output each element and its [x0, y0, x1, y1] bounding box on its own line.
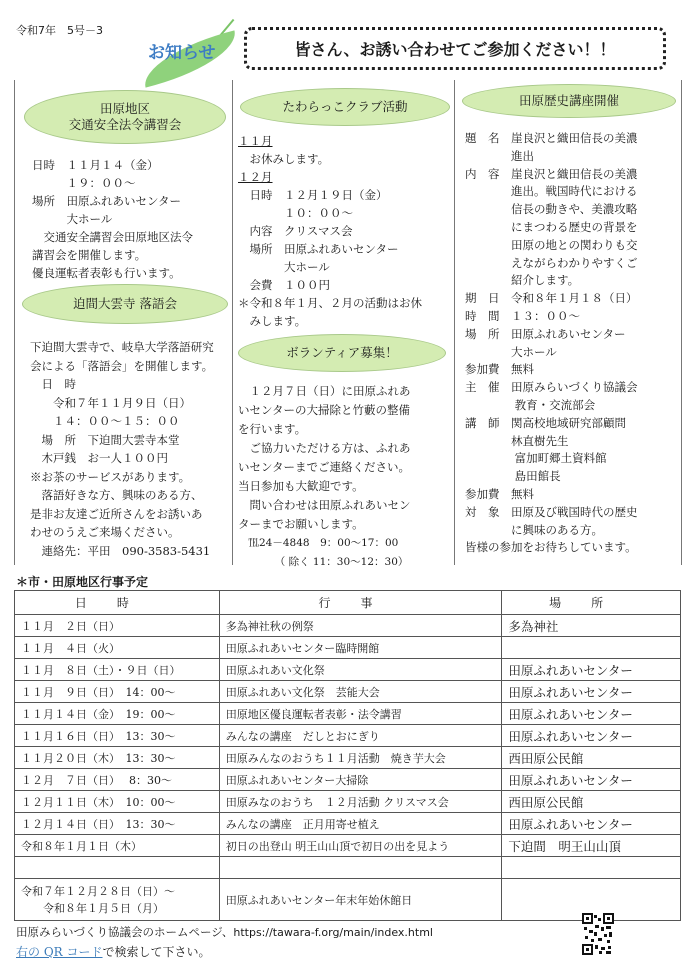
notice-badge: お知らせ: [108, 12, 243, 82]
december-heading: １２月: [238, 168, 422, 186]
text-line: 進出: [465, 148, 638, 166]
text-line: 内容 クリスマス会: [238, 222, 422, 240]
cell-empty: [219, 857, 502, 879]
rakugo-body: 下迫間大雲寺で、岐阜大学落語研究 会による「落語会」を開催します。 日 時 令和…: [30, 338, 214, 560]
text-line: 参加費 無料: [465, 361, 638, 379]
text-line: ＊令和８年１月、２月の活動はお休: [238, 294, 422, 312]
invitation-banner: 皆さん、お誘い合わせてご参加ください！！: [244, 27, 666, 70]
qr-code-link[interactable]: 右の QR コード: [16, 945, 103, 959]
volunteer-title: ボランティア募集！: [286, 345, 398, 361]
cell-event: 田原ふれあい文化祭: [219, 659, 502, 681]
text-line: 問い合わせは田原ふれあいセン: [238, 496, 411, 515]
cell-date: １１月 ９日（日） 14：00～: [15, 681, 220, 703]
cell-place: [502, 637, 681, 659]
cell-place: 田原ふれあいセンター: [502, 725, 681, 747]
text-line: １０：００～: [238, 204, 422, 222]
text-line: 落語好きな方、興味のある方、: [30, 486, 214, 505]
text-line: １４：００～１５：００: [30, 412, 214, 431]
issue-number: 令和7年 5号－3: [16, 22, 103, 38]
cell-date: １２月１４日（日） 13：30～: [15, 813, 220, 835]
cell-place: 田原ふれあいセンター: [502, 703, 681, 725]
text-line: 信長の動きや、美濃攻略: [465, 201, 638, 219]
text-line: えながらわかりやすくご: [465, 255, 638, 273]
cell-empty: [502, 857, 681, 879]
text-line: 林直樹先生: [465, 433, 638, 451]
rakugo-heading: 迫間大雲寺 落語会: [22, 284, 228, 324]
contact-line: （ 除く 11：30～12：30）: [238, 553, 411, 572]
text-line: 主 催 田原みらいづくり協議会: [465, 379, 638, 397]
cell-place: 田原ふれあいセンター: [502, 769, 681, 791]
cell-date: １１月２０日（木） 13：30～: [15, 747, 220, 769]
cell-event: みんなの講座 正月用寄せ植え: [219, 813, 502, 835]
text-line: 田原の地との関わりも交: [465, 237, 638, 255]
header-event: 行事: [219, 591, 502, 615]
table-row: 令和７年１２月２８日（日）～ 令和８年１月５日（月） 田原ふれあいセンター年末年…: [15, 879, 681, 921]
text-line: 是非お友達ご近所さんをお誘いあ: [30, 505, 214, 524]
traffic-title-line2: 交通安全法令講習会: [69, 117, 182, 133]
table-row: 令和８年１月１日（木）初日の出登山 明王山山頂で初日の出を見よう下迫間 明王山山…: [15, 835, 681, 857]
homepage-text: 田原みらいづくり協議会のホームページ、: [16, 925, 233, 939]
cell-place: 下迫間 明王山山頂: [502, 835, 681, 857]
qr-instruction: 右の QR コードで検索して下さい。: [16, 943, 211, 960]
text-line: いセンターまでご連絡ください。: [238, 458, 411, 477]
cell-event: 多為神社秋の例祭: [219, 615, 502, 637]
text-line: 場 所 下迫間大雲寺本堂: [30, 431, 214, 450]
schedule-title: ＊市・田原地区行事予定: [16, 573, 148, 590]
history-lecture-body: 題 名 崖良沢と織田信長の美濃 進出 内 容 崖良沢と織田信長の美濃 進出。戦国…: [465, 130, 638, 557]
text-line: 大ホール: [465, 344, 638, 362]
cell-place: 田原ふれあいセンター: [502, 659, 681, 681]
text-line: １９：００～: [32, 174, 193, 192]
tawara-club-title: たわらっこクラブ活動: [282, 99, 407, 115]
text-line: 日 時: [30, 375, 214, 394]
cell-empty: [15, 857, 220, 879]
text-line: 参加費 無料: [465, 486, 638, 504]
table-row-empty: [15, 857, 681, 879]
cell-date: １１月１６日（日） 13：30～: [15, 725, 220, 747]
date-line: 令和７年１２月２８日（日）～: [21, 883, 213, 900]
schedule-table: 日時 行事 場所 １１月 ２日（日）多為神社秋の例祭多為神社 １１月 ４日（火）…: [14, 590, 681, 921]
homepage-url[interactable]: https://tawara-f.org/main/index.html: [233, 926, 433, 939]
cell-place: 田原ふれあいセンター: [502, 813, 681, 835]
text-line: 場所 田原ふれあいセンター: [32, 192, 193, 210]
homepage-note: 田原みらいづくり協議会のホームページ、https://tawara-f.org/…: [16, 924, 433, 940]
cell-place: 多為神社: [502, 615, 681, 637]
text-line: みします。: [238, 312, 422, 330]
tawara-club-heading: たわらっこクラブ活動: [240, 88, 450, 126]
tawara-club-body: １１月 お休みします。 １２月 日時 １２月１９日（金） １０：００～ 内容 ク…: [238, 132, 422, 330]
text-line: 日時 １２月１９日（金）: [238, 186, 422, 204]
text-line: 会による「落語会」を開催します。: [30, 357, 214, 376]
cell-date: 令和７年１２月２８日（日）～ 令和８年１月５日（月）: [15, 879, 220, 921]
text-line: 連絡先：平田 090-3583-5431: [30, 542, 214, 561]
cell-date: １１月 ２日（日）: [15, 615, 220, 637]
table-row: １２月 ７日（日） 8：30～田原ふれあいセンター大掃除田原ふれあいセンター: [15, 769, 681, 791]
cell-date: １１月 ８日（土）・９日（日）: [15, 659, 220, 681]
header-date: 日時: [15, 591, 220, 615]
text-line: お休みします。: [238, 150, 422, 168]
table-header-row: 日時 行事 場所: [15, 591, 681, 615]
cell-event: 初日の出登山 明王山山頂で初日の出を見よう: [219, 835, 502, 857]
table-row: １２月１１日（木） 10：00～田原みなのおうち １２月活動 クリスマス会西田原…: [15, 791, 681, 813]
cell-date: １２月１１日（木） 10：00～: [15, 791, 220, 813]
header-place: 場所: [502, 591, 681, 615]
text-line: 進出。戦国時代における: [465, 183, 638, 201]
text-line: 日時 １１月１４（金）: [32, 156, 193, 174]
text-line: 対 象 田原及び戦国時代の歴史: [465, 504, 638, 522]
cell-event: 田原みなのおうち １２月活動 クリスマス会: [219, 791, 502, 813]
cell-date: １１月 ４日（火）: [15, 637, 220, 659]
cell-event: 田原ふれあいセンター年末年始休館日: [219, 879, 502, 921]
text-line: 皆様の参加をお待ちしています。: [465, 539, 638, 557]
november-heading: １１月: [238, 132, 422, 150]
text-line: 木戸銭 お一人１００円: [30, 449, 214, 468]
text-line: 紹介します。: [465, 272, 638, 290]
table-row: １１月２０日（木） 13：30～田原みんなのおうち１１月活動 焼き芋大会西田原公…: [15, 747, 681, 769]
cell-date: １１月１４日（金） 19：00～: [15, 703, 220, 725]
text-line: 当日参加も大歓迎です。: [238, 477, 411, 496]
contact-line: ℡24－4848 9：00～17：00: [238, 534, 411, 553]
text-line: 場 所 田原ふれあいセンター: [465, 326, 638, 344]
text-line: ※お茶のサービスがあります。: [30, 468, 214, 487]
cell-place: 田原ふれあいセンター: [502, 681, 681, 703]
notice-badge-label: お知らせ: [148, 38, 216, 63]
table-row: １１月 ８日（土）・９日（日）田原ふれあい文化祭田原ふれあいセンター: [15, 659, 681, 681]
cell-place: 西田原公民館: [502, 747, 681, 769]
text-line: いセンターの大掃除と竹藪の整備: [238, 401, 411, 420]
cell-event: 田原地区優良運転者表彰・法令講習: [219, 703, 502, 725]
text-line: 富加町郷土資料館: [465, 450, 638, 468]
cell-event: 田原ふれあいセンター大掃除: [219, 769, 502, 791]
text-line: 交通安全講習会田原地区法令: [32, 228, 193, 246]
cell-place: 西田原公民館: [502, 791, 681, 813]
text-line: 下迫間大雲寺で、岐阜大学落語研究: [30, 338, 214, 357]
table-row: １１月１４日（金） 19：00～田原地区優良運転者表彰・法令講習田原ふれあいセン…: [15, 703, 681, 725]
volunteer-heading: ボランティア募集！: [238, 334, 446, 372]
cell-event: 田原ふれあいセンター臨時開館: [219, 637, 502, 659]
text-line: 教育・交流部会: [465, 397, 638, 415]
rakugo-title: 迫間大雲寺 落語会: [73, 296, 177, 312]
volunteer-body: １２月７日（日）に田原ふれあ いセンターの大掃除と竹藪の整備 を行います。 ご協…: [238, 382, 411, 572]
qr-code-icon[interactable]: [582, 912, 614, 956]
qr-instruction-text: で検索して下さい。: [103, 945, 211, 959]
table-row: １１月 ９日（日） 14：00～田原ふれあい文化祭 芸能大会田原ふれあいセンター: [15, 681, 681, 703]
text-line: 大ホール: [238, 258, 422, 276]
cell-event: みんなの講座 だしとおにぎり: [219, 725, 502, 747]
text-line: に興味のある方。: [465, 522, 638, 540]
table-row: １２月１４日（日） 13：30～みんなの講座 正月用寄せ植え田原ふれあいセンター: [15, 813, 681, 835]
text-line: １２月７日（日）に田原ふれあ: [238, 382, 411, 401]
history-lecture-title: 田原歴史講座開催: [519, 93, 619, 109]
cell-event: 田原ふれあい文化祭 芸能大会: [219, 681, 502, 703]
cell-date: １２月 ７日（日） 8：30～: [15, 769, 220, 791]
text-line: 会費 １００円: [238, 276, 422, 294]
table-row: １１月 ２日（日）多為神社秋の例祭多為神社: [15, 615, 681, 637]
text-line: 優良運転者表彰も行います。: [32, 264, 193, 282]
text-line: 島田館長: [465, 468, 638, 486]
text-line: 大ホール: [32, 210, 193, 228]
cell-event: 田原みんなのおうち１１月活動 焼き芋大会: [219, 747, 502, 769]
table-row: １１月 ４日（火）田原ふれあいセンター臨時開館: [15, 637, 681, 659]
text-line: ターまでお願いします。: [238, 515, 411, 534]
history-lecture-heading: 田原歴史講座開催: [462, 84, 676, 118]
text-line: 内 容 崖良沢と織田信長の美濃: [465, 166, 638, 184]
table-row: １１月１６日（日） 13：30～みんなの講座 だしとおにぎり田原ふれあいセンター: [15, 725, 681, 747]
text-line: 講習会を開催します。: [32, 246, 193, 264]
traffic-lecture-heading: 田原地区 交通安全法令講習会: [24, 90, 226, 144]
traffic-title-line1: 田原地区: [100, 101, 150, 117]
cell-date: 令和８年１月１日（木）: [15, 835, 220, 857]
traffic-lecture-body: 日時 １１月１４（金） １９：００～ 場所 田原ふれあいセンター 大ホール 交通…: [32, 156, 193, 282]
text-line: 場所 田原ふれあいセンター: [238, 240, 422, 258]
text-line: を行います。: [238, 420, 411, 439]
text-line: 講 師 関高校地域研究部顧問: [465, 415, 638, 433]
text-line: 期 日 令和８年１月１８（日）: [465, 290, 638, 308]
text-line: にまつわる歴史の背景を: [465, 219, 638, 237]
text-line: 題 名 崖良沢と織田信長の美濃: [465, 130, 638, 148]
text-line: ご協力いただける方は、ふれあ: [238, 439, 411, 458]
text-line: わせのうえご来場ください。: [30, 523, 214, 542]
date-line: 令和８年１月５日（月）: [21, 900, 213, 917]
text-line: 令和７年１１月９日（日）: [30, 394, 214, 413]
text-line: 時 間 １３：００～: [465, 308, 638, 326]
